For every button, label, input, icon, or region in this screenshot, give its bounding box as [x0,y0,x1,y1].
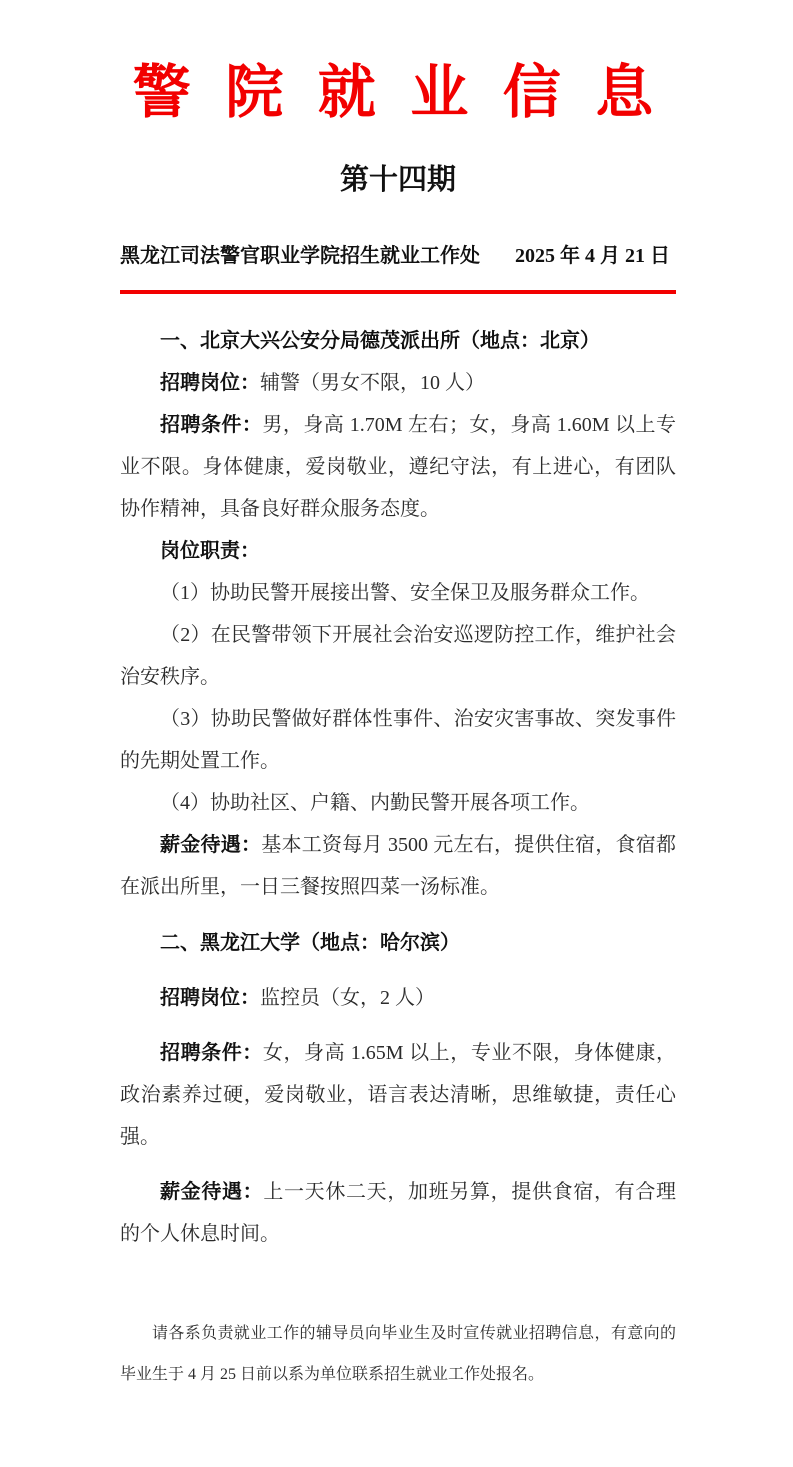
paragraph: （3）协助民警做好群体性事件、治安灾害事故、突发事件的先期处置工作。 [120,698,676,782]
paragraph-label: 薪金待遇： [160,834,261,856]
paragraph: 招聘岗位：辅警（男女不限，10 人） [120,362,676,404]
paragraph: 招聘条件：男，身高 1.70M 左右；女，身高 1.60M 以上专业不限。身体健… [120,404,676,530]
paragraph: （4）协助社区、户籍、内勤民警开展各项工作。 [120,782,676,824]
paragraph-text: （1）协助民警开展接出警、安全保卫及服务群众工作。 [160,582,650,604]
paragraph-text: （3）协助民警做好群体性事件、治安灾害事故、突发事件的先期处置工作。 [120,708,676,772]
paragraph-text: 监控员（女，2 人） [260,987,435,1009]
paragraph: 薪金待遇：基本工资每月 3500 元左右，提供住宿，食宿都在派出所里，一日三餐按… [120,824,676,908]
paragraph-text: （2）在民警带领下开展社会治安巡逻防控工作，维护社会治安秩序。 [120,624,676,688]
document-title: 警 院 就 业 信 息 [120,50,676,136]
paragraph-label: 招聘条件： [160,1042,263,1064]
header-divider-rule [120,290,676,294]
paragraph: 招聘岗位：监控员（女，2 人） [120,977,676,1019]
issue-number: 第十四期 [120,160,676,200]
paragraph-text: （4）协助社区、户籍、内勤民警开展各项工作。 [160,792,590,814]
paragraph: （1）协助民警开展接出警、安全保卫及服务群众工作。 [120,572,676,614]
paragraph: （2）在民警带领下开展社会治安巡逻防控工作，维护社会治安秩序。 [120,614,676,698]
publisher-name: 黑龙江司法警官职业学院招生就业工作处 [120,242,480,270]
closing-paragraph: 请各系负责就业工作的辅导员向毕业生及时宣传就业招聘信息，有意向的毕业生于 4 月… [120,1313,676,1395]
document-page: 警 院 就 业 信 息 第十四期 黑龙江司法警官职业学院招生就业工作处 2025… [0,0,793,1467]
document-body: 一、北京大兴公安分局德茂派出所（地点：北京）招聘岗位：辅警（男女不限，10 人）… [120,306,676,1255]
job-section: 二、黑龙江大学（地点：哈尔滨）招聘岗位：监控员（女，2 人）招聘条件：女，身高 … [120,908,676,1255]
paragraph-label: 招聘岗位： [160,987,260,1009]
section-heading: 一、北京大兴公安分局德茂派出所（地点：北京） [120,306,676,362]
paragraph-label: 岗位职责： [160,540,260,562]
paragraph-label: 薪金待遇： [160,1181,263,1203]
paragraph-label: 招聘岗位： [160,372,260,394]
paragraph: 招聘条件：女，身高 1.65M 以上，专业不限，身体健康，政治素养过硬，爱岗敬业… [120,1032,676,1158]
section-heading: 二、黑龙江大学（地点：哈尔滨） [120,908,676,964]
job-section: 一、北京大兴公安分局德茂派出所（地点：北京）招聘岗位：辅警（男女不限，10 人）… [120,306,676,908]
publish-date: 2025 年 4 月 21 日 [515,242,676,270]
paragraph: 岗位职责： [120,530,676,572]
paragraph-label: 招聘条件： [160,414,262,436]
publisher-row: 黑龙江司法警官职业学院招生就业工作处 2025 年 4 月 21 日 [120,242,676,270]
paragraph-text: 辅警（男女不限，10 人） [260,372,485,394]
paragraph: 薪金待遇：上一天休二天，加班另算，提供食宿，有合理的个人休息时间。 [120,1171,676,1255]
